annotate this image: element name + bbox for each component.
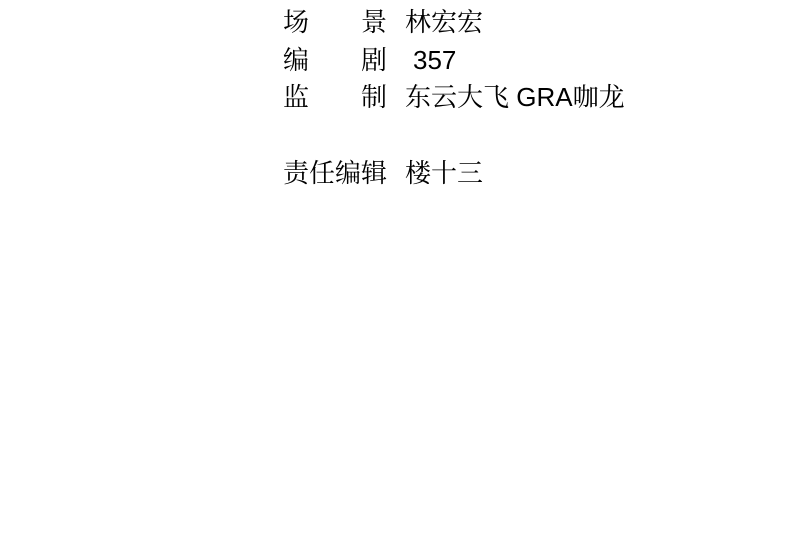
credit-person-scene: 林宏宏: [405, 4, 483, 42]
credit-row-producer: 监 制 东云大飞 GRA咖龙: [283, 79, 625, 117]
credit-role-editor: 责任编辑: [283, 155, 385, 193]
credit-person-editor: 楼十三: [405, 155, 483, 193]
credit-person-screenwriter: 357: [405, 42, 456, 80]
credit-role-scene: 场 景: [283, 4, 385, 42]
credits-block: 场 景 林宏宏 编 剧 357 监 制 东云大飞 GRA咖龙 责任编辑 楼十三: [283, 4, 625, 192]
credit-person-producer: 东云大飞 GRA咖龙: [405, 79, 625, 117]
credit-row-screenwriter: 编 剧 357: [283, 42, 625, 80]
credit-row-scene: 场 景 林宏宏: [283, 4, 625, 42]
credits-page: 场 景 林宏宏 编 剧 357 监 制 东云大飞 GRA咖龙 责任编辑 楼十三: [0, 0, 800, 538]
credit-row-editor: 责任编辑 楼十三: [283, 155, 625, 193]
credit-role-screenwriter: 编 剧: [283, 42, 385, 80]
credit-role-producer: 监 制: [283, 79, 385, 117]
